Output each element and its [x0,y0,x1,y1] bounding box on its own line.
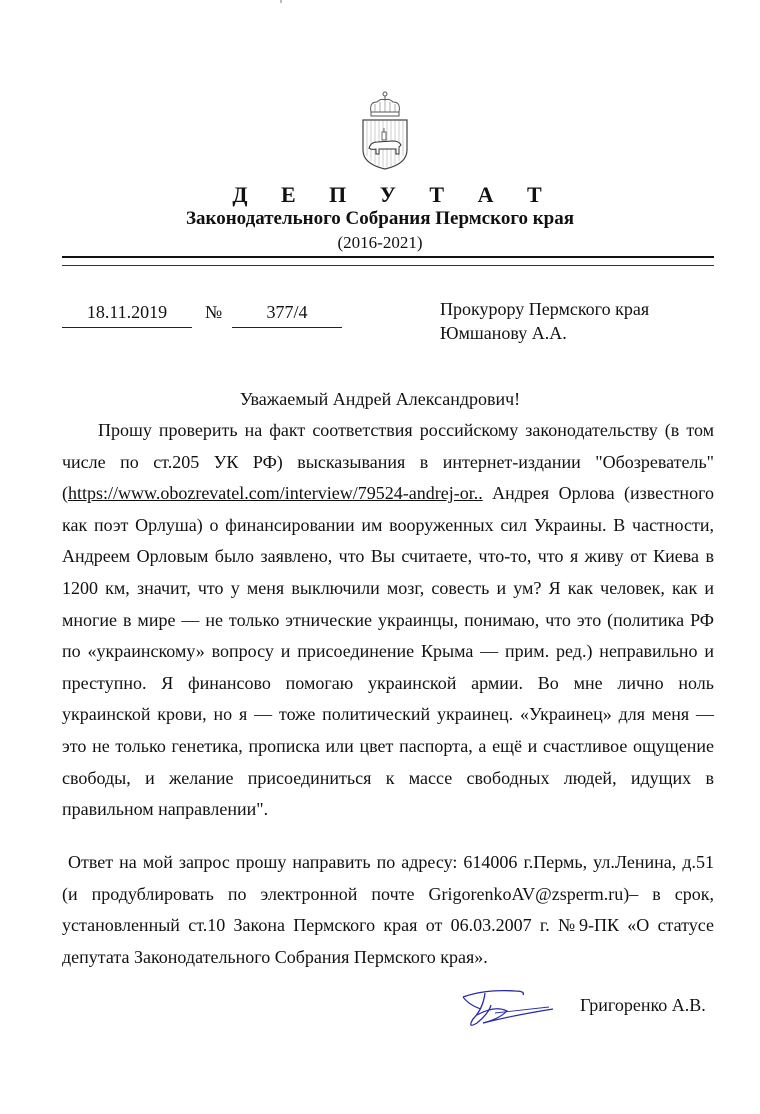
perm-krai-coat-of-arms-icon [355,90,415,170]
addressee-block: Прокурору Пермского края Юмшанову А.А. [440,297,649,345]
salutation: Уважаемый Андрей Александрович! [0,389,760,410]
article-link[interactable]: https://www.obozrevatel.com/interview/79… [68,483,483,503]
body-paragraph-response-request: Ответ на мой запрос прошу направить по а… [62,847,714,973]
term-years: (2016-2021) [0,233,760,253]
paragraph-text-quote: Андрея Орлова (известного как поэт Орлуш… [62,483,714,819]
header-divider-thick [62,256,714,258]
outgoing-number: 377/4 [232,301,342,328]
signer-name: Григоренко А.В. [580,995,706,1016]
outgoing-date: 18.11.2019 [62,301,192,328]
addressee-position: Прокурору Пермского края [440,297,649,321]
letter-page: Д Е П У Т А Т Законодательного Собрания … [0,0,760,1114]
response-request-text: Ответ на мой запрос прошу направить по а… [62,852,714,967]
document-subtitle: Законодательного Собрания Пермского края [0,208,760,230]
scan-artifact [280,0,282,3]
handwritten-signature-icon [455,985,555,1035]
body-paragraph-request: Прошу проверить на факт соответствия рос… [62,415,714,826]
document-title: Д Е П У Т А Т [0,182,760,208]
header-divider-thin [62,265,714,266]
number-sign-label: № [205,301,222,323]
addressee-name: Юмшанову А.А. [440,321,649,345]
